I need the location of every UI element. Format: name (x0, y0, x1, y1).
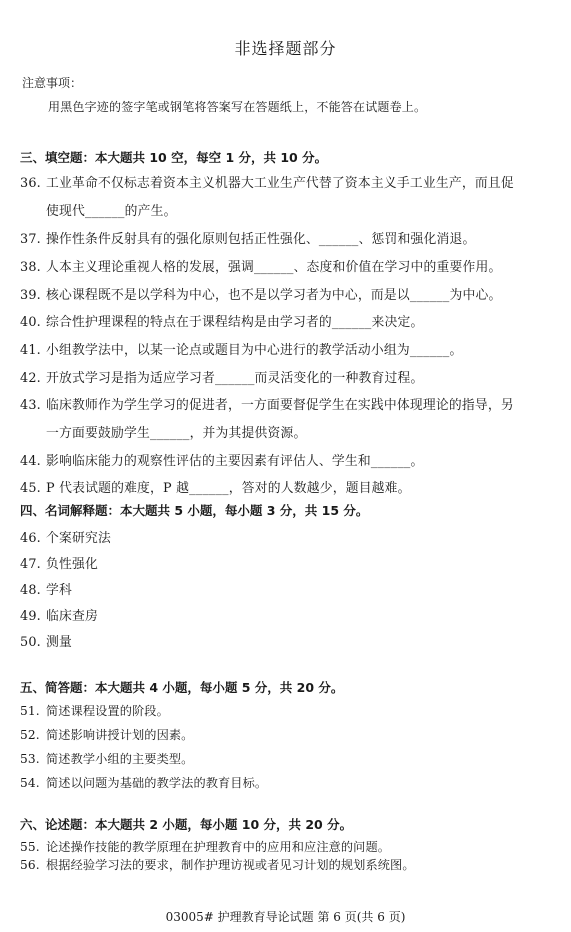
question-55: 55.论述操作技能的教学原理在护理教育中的应用和应注意的问题。 (20, 838, 390, 855)
question-54: 54.简述以问题为基础的教学法的教育目标。 (20, 774, 267, 791)
question-52: 52.简述影响讲授计划的因素。 (20, 726, 193, 743)
question-number: 52. (20, 728, 46, 742)
question-number: 36. (20, 176, 46, 191)
question-text: 综合性护理课程的特点在于课程结构是由学习者的______来决定。 (46, 315, 424, 330)
notice-label: 注意事项： (22, 74, 82, 91)
section-heading-term-explanation: 四、名词解释题：本大题共 5 小题，每小题 3 分，共 15 分。 (20, 501, 368, 519)
question-56: 56.根据经验学习法的要求，制作护理访视或者见习计划的规划系统图。 (20, 856, 415, 873)
question-number: 49. (20, 609, 46, 624)
question-text: 临床教师作为学生学习的促进者，一方面要督促学生在实践中体现理论的指导，另 (46, 398, 514, 413)
question-text: 个案研究法 (46, 531, 111, 546)
page-title: 非选择题部分 (0, 36, 571, 59)
question-number: 46. (20, 531, 46, 546)
question-39: 39.核心课程既不是以学科为中心，也不是以学习者为中心，而是以______为中心… (20, 284, 502, 303)
question-number: 43. (20, 398, 46, 413)
question-number: 38. (20, 260, 46, 275)
question-text: 人本主义理论重视人格的发展，强调______、态度和价值在学习中的重要作用。 (46, 260, 502, 275)
question-number: 51. (20, 704, 46, 718)
question-number: 54. (20, 776, 46, 790)
question-number: 50. (20, 635, 46, 650)
question-text: 工业革命不仅标志着资本主义机器大工业生产代替了资本主义手工业生产，而且促 (46, 176, 514, 191)
question-text: 简述课程设置的阶段。 (46, 704, 169, 718)
question-45: 45.P 代表试题的难度，P 越______，答对的人数越少，题目越难。 (20, 477, 411, 496)
question-text: P 代表试题的难度，P 越______，答对的人数越少，题目越难。 (46, 481, 411, 496)
question-47: 47.负性强化 (20, 553, 98, 572)
section-heading-short-answer: 五、简答题：本大题共 4 小题，每小题 5 分，共 20 分。 (20, 678, 343, 696)
question-number: 42. (20, 371, 46, 386)
question-number: 47. (20, 557, 46, 572)
question-number: 48. (20, 583, 46, 598)
question-text: 论述操作技能的教学原理在护理教育中的应用和应注意的问题。 (46, 840, 390, 854)
question-text: 开放式学习是指为适应学习者______而灵活变化的一种教育过程。 (46, 371, 424, 386)
question-text: 简述教学小组的主要类型。 (46, 752, 193, 766)
question-text: 负性强化 (46, 557, 98, 572)
question-number: 40. (20, 315, 46, 330)
question-41: 41.小组教学法中，以某一论点或题目为中心进行的教学活动小组为______。 (20, 339, 463, 358)
question-text: 根据经验学习法的要求，制作护理访视或者见习计划的规划系统图。 (46, 858, 415, 872)
question-text: 简述影响讲授计划的因素。 (46, 728, 193, 742)
notice-text: 用黑色字迹的签字笔或钢笔将答案写在答题纸上，不能答在试题卷上。 (48, 98, 426, 115)
question-number: 37. (20, 232, 46, 247)
question-37: 37.操作性条件反射具有的强化原则包括正性强化、______、惩罚和强化消退。 (20, 228, 476, 247)
question-36-continued: 使现代______的产生。 (46, 200, 177, 219)
question-text: 临床查房 (46, 609, 98, 624)
question-text: 核心课程既不是以学科为中心，也不是以学习者为中心，而是以______为中心。 (46, 288, 502, 303)
question-text: 操作性条件反射具有的强化原则包括正性强化、______、惩罚和强化消退。 (46, 232, 476, 247)
section-heading-essay: 六、论述题：本大题共 2 小题，每小题 10 分，共 20 分。 (20, 815, 352, 833)
question-number: 44. (20, 454, 46, 469)
question-text: 简述以问题为基础的教学法的教育目标。 (46, 776, 267, 790)
question-44: 44.影响临床能力的观察性评估的主要因素有评估人、学生和______。 (20, 450, 424, 469)
question-43: 43.临床教师作为学生学习的促进者，一方面要督促学生在实践中体现理论的指导，另 (20, 394, 514, 413)
question-number: 41. (20, 343, 46, 358)
question-number: 55. (20, 840, 46, 854)
question-number: 39. (20, 288, 46, 303)
question-46: 46.个案研究法 (20, 527, 111, 546)
section-heading-fill-blank: 三、填空题：本大题共 10 空，每空 1 分，共 10 分。 (20, 148, 327, 166)
question-38: 38.人本主义理论重视人格的发展，强调______、态度和价值在学习中的重要作用… (20, 256, 502, 275)
question-text: 影响临床能力的观察性评估的主要因素有评估人、学生和______。 (46, 454, 424, 469)
question-49: 49.临床查房 (20, 605, 98, 624)
question-42: 42.开放式学习是指为适应学习者______而灵活变化的一种教育过程。 (20, 367, 424, 386)
question-50: 50.测量 (20, 631, 72, 650)
question-text: 测量 (46, 635, 72, 650)
question-number: 56. (20, 858, 46, 872)
question-48: 48.学科 (20, 579, 72, 598)
page-footer: 03005# 护理教育导论试题 第 6 页(共 6 页) (0, 908, 571, 925)
question-number: 45. (20, 481, 46, 496)
question-text: 学科 (46, 583, 72, 598)
question-40: 40.综合性护理课程的特点在于课程结构是由学习者的______来决定。 (20, 311, 424, 330)
question-51: 51.简述课程设置的阶段。 (20, 702, 169, 719)
question-43-continued: 一方面要鼓励学生______，并为其提供资源。 (46, 422, 307, 441)
question-text: 小组教学法中，以某一论点或题目为中心进行的教学活动小组为______。 (46, 343, 463, 358)
question-number: 53. (20, 752, 46, 766)
question-36: 36.工业革命不仅标志着资本主义机器大工业生产代替了资本主义手工业生产，而且促 (20, 172, 514, 191)
question-53: 53.简述教学小组的主要类型。 (20, 750, 193, 767)
